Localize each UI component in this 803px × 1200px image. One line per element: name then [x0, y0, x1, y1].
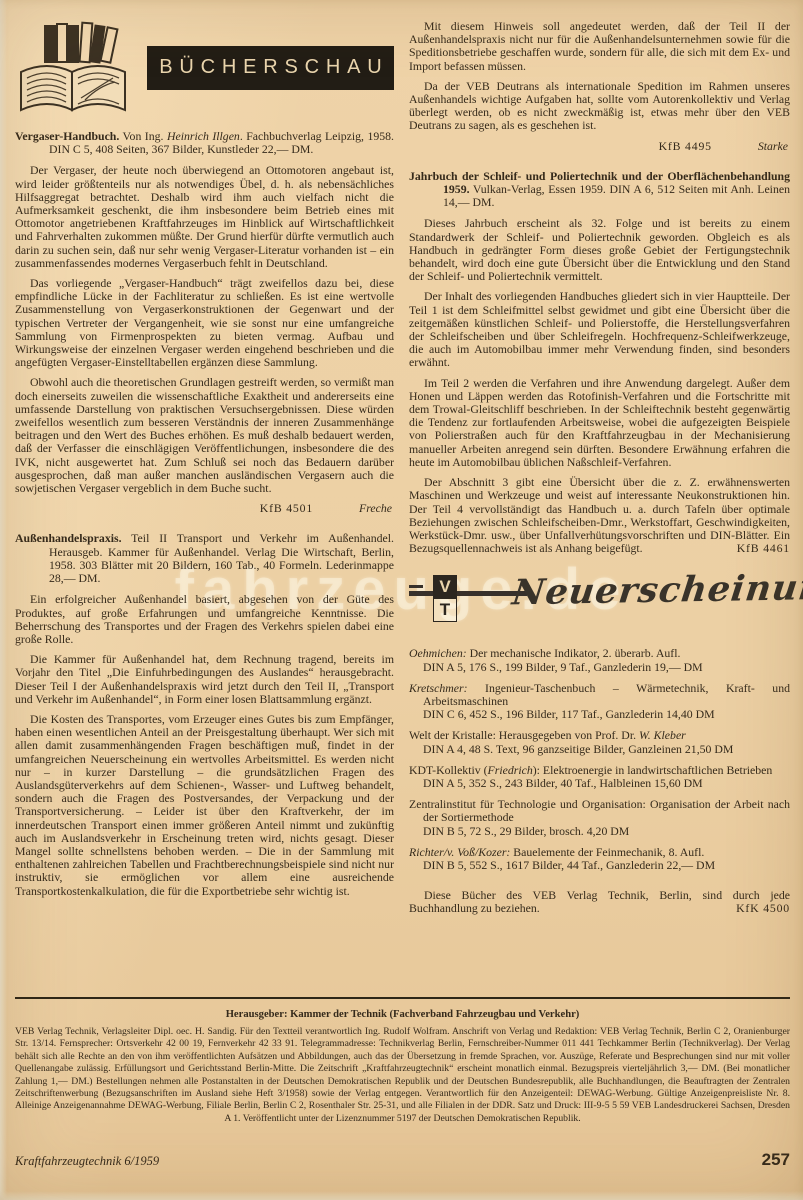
review-paragraph: Dieses Jahrbuch erscheint als 32. Folge …: [409, 217, 790, 283]
book-entry-spec: DIN C 6, 452 S., 196 Bilder, 117 Taf., G…: [409, 708, 790, 721]
review-paragraph: Der Inhalt des vorliegenden Handbuches g…: [409, 290, 790, 369]
book-entry-spec: DIN A 5, 176 S., 199 Bilder, 9 Taf., Gan…: [409, 661, 790, 674]
book-list-item: Welt der Kristalle: Herausgegeben von Pr…: [409, 729, 790, 755]
author-name: Heinrich Illgen: [167, 129, 240, 143]
review-paragraph: Die Kammer für Außenhandel hat, dem Rech…: [15, 653, 394, 706]
review-signature: KfB 4501Freche: [15, 502, 392, 515]
imprint-text: VEB Verlag Technik, Verlagsleiter Dipl. …: [15, 1026, 790, 1125]
review-paragraph: Der Vergaser, der heute noch überwiegend…: [15, 164, 394, 270]
page-footer: Herausgeber: Kammer der Technik (Fachver…: [15, 997, 790, 1170]
page-number: 257: [762, 1150, 790, 1170]
reviewer-name: Freche: [359, 501, 392, 515]
right-column: Mit diesem Hinweis soll angedeutet werde…: [409, 20, 790, 923]
book-list-item: Kretschmer: Ingenieur-Taschenbuch – Wärm…: [409, 682, 790, 722]
new-releases-title: Neuerscheinungen: [512, 580, 803, 600]
book-list-item: Zentralinstitut für Technologie und Orga…: [409, 798, 790, 838]
bucherschau-banner: BÜCHERSCHAU: [147, 46, 394, 90]
book-list-item: Richter/v. Voß/Kozer: Bauelemente der Fe…: [409, 846, 790, 872]
closing-note: Diese Bücher des VEB Verlag Technik, Ber…: [409, 889, 790, 915]
book-entry-title: Kretschmer: Ingenieur-Taschenbuch – Wärm…: [409, 682, 790, 708]
closing-code: KfK 4500: [736, 902, 790, 915]
publisher-line: Herausgeber: Kammer der Technik (Fachver…: [15, 1009, 790, 1020]
scan-edge-bottom: [0, 1191, 803, 1200]
review-code: KfB 4501: [260, 501, 313, 515]
left-column: BÜCHERSCHAU Vergaser-Handbuch. Von Ing. …: [15, 18, 394, 905]
reviewer-name: Starke: [758, 139, 788, 153]
review-code: KfB 4461: [737, 542, 790, 555]
book-entry-title: KDT-Kollektiv (Friedrich): Elektroenergi…: [409, 764, 790, 777]
book-list-item: Oehmichen: Der mechanische Indikator, 2.…: [409, 647, 790, 673]
book-entry-title: Richter/v. Voß/Kozer: Bauelemente der Fe…: [409, 846, 790, 859]
scan-edge-left: [0, 0, 7, 1200]
book-entry-spec: DIN A 5, 352 S., 243 Bilder, 40 Taf., Ha…: [409, 777, 790, 790]
verlag-technik-logo: V T: [433, 575, 457, 622]
review-code: KfB 4495: [659, 139, 712, 153]
book-entry-spec: DIN A 4, 48 S. Text, 96 ganzseitige Bild…: [409, 743, 790, 756]
review-paragraph: Das vorliegende „Vergaser-Handbuch“ träg…: [15, 277, 394, 369]
review-heading-jahrbuch: Jahrbuch der Schleif- und Poliertechnik …: [409, 170, 790, 210]
journal-issue-label: Kraftfahrzeugtechnik 6/1959: [15, 1154, 159, 1169]
footer-rule: [15, 997, 790, 999]
book-title: Außenhandelspraxis.: [15, 531, 122, 545]
section-title: BÜCHERSCHAU: [152, 61, 388, 74]
logo-rule: [409, 591, 527, 596]
book-entry-title: Oehmichen: Der mechanische Indikator, 2.…: [409, 647, 790, 660]
magazine-page: fahrzeuge.de: [0, 0, 803, 1200]
logo-letter-v: V: [433, 575, 457, 598]
review-heading-vergaser: Vergaser-Handbuch. Von Ing. Heinrich Ill…: [15, 130, 394, 156]
review-heading-aussenhandel: Außenhandelspraxis. Teil II Transport un…: [15, 532, 394, 585]
book-title: Vergaser-Handbuch.: [15, 129, 119, 143]
logo-letter-t: T: [433, 598, 457, 622]
section-masthead: BÜCHERSCHAU: [15, 18, 394, 124]
review-paragraph: Die Kosten des Transportes, vom Erzeuger…: [15, 713, 394, 898]
book-entry-title: Welt der Kristalle: Herausgegeben von Pr…: [409, 729, 790, 742]
book-list-item: KDT-Kollektiv (Friedrich): Elektroenergi…: [409, 764, 790, 790]
logo-tick: [409, 585, 423, 588]
review-paragraph: Der Abschnitt 3 gibt eine Übersicht über…: [409, 476, 790, 555]
review-paragraph: Ein erfolgreicher Außenhandel basiert, a…: [15, 593, 394, 646]
review-paragraph: Da der VEB Deutrans als internationale S…: [409, 80, 790, 133]
review-paragraph: Obwohl auch die theoretischen Grundlagen…: [15, 376, 394, 495]
books-icon: [15, 20, 131, 120]
footer-bottom-row: Kraftfahrzeugtechnik 6/1959 257: [15, 1150, 790, 1170]
review-paragraph: Mit diesem Hinweis soll angedeutet werde…: [409, 20, 790, 73]
review-paragraph: Im Teil 2 werden die Verfahren und ihre …: [409, 377, 790, 469]
book-entry-title: Zentralinstitut für Technologie und Orga…: [409, 798, 790, 824]
book-entry-spec: DIN B 5, 552 S., 1617 Bilder, 44 Taf., G…: [409, 859, 790, 872]
review-signature: KfB 4495Starke: [409, 140, 788, 153]
book-entry-spec: DIN B 5, 72 S., 29 Bilder, brosch. 4,20 …: [409, 825, 790, 838]
new-releases-header: V T Neuerscheinungen: [409, 575, 790, 637]
